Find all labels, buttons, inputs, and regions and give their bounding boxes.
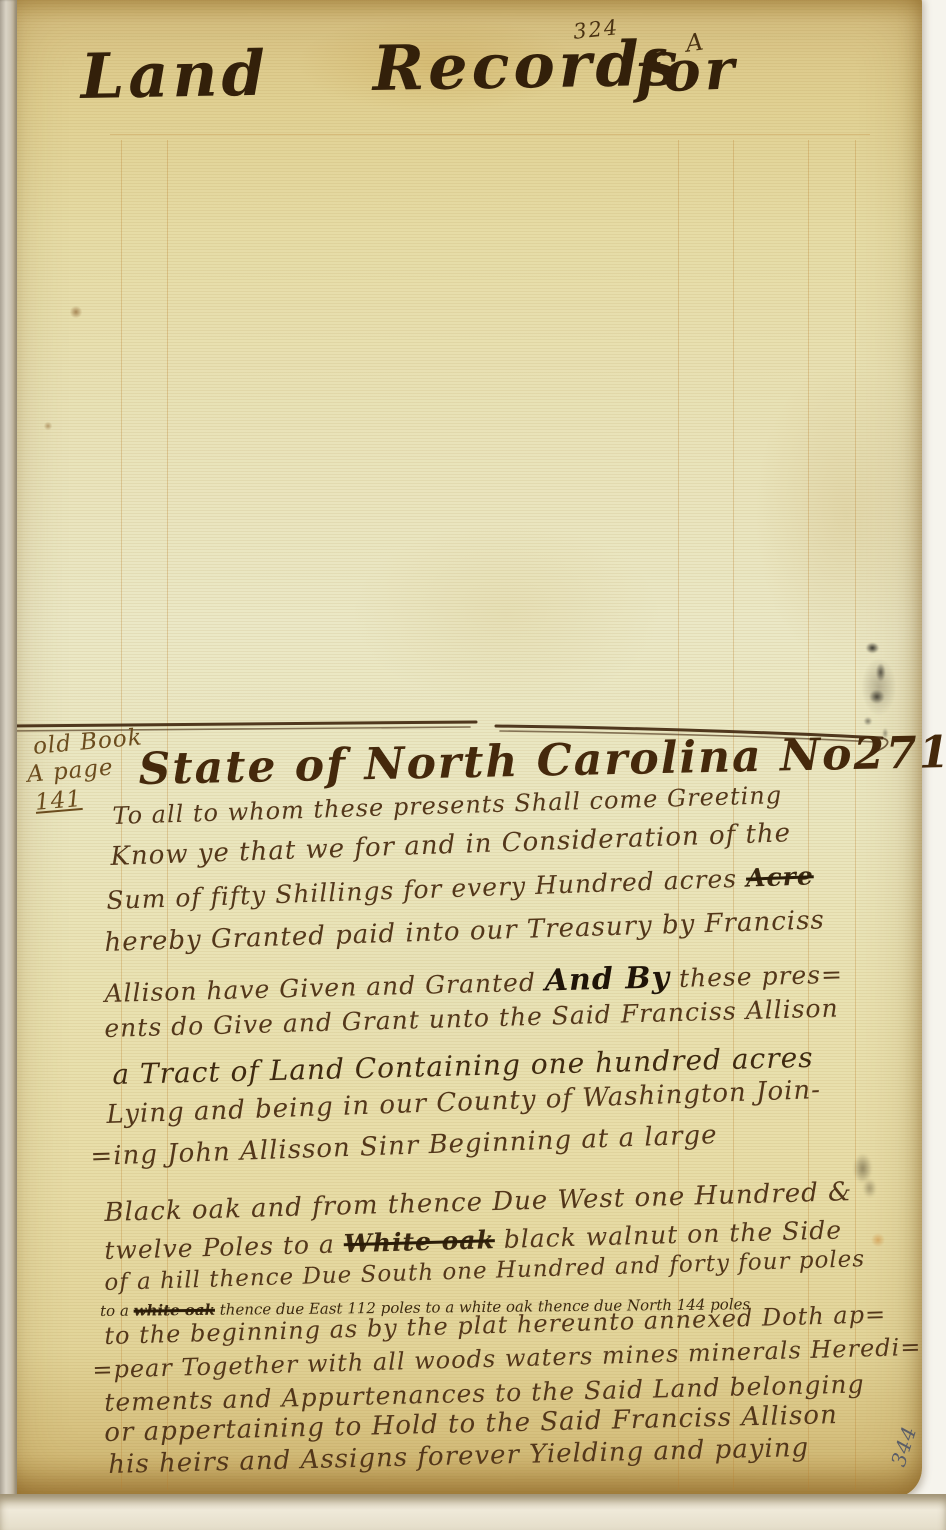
book-binding-edge [0, 0, 17, 1506]
line-text: to a [100, 1302, 134, 1320]
struck-text: Acre [746, 861, 815, 892]
ledger-column-rule [808, 140, 809, 1490]
ledger-column-rule [733, 140, 734, 1490]
line-text: these pres= [670, 960, 844, 994]
ledger-column-rule [678, 140, 679, 1490]
ledger-top-rule [110, 134, 870, 135]
struck-text: White oak [343, 1225, 495, 1258]
header-word-land: Land [80, 37, 269, 113]
overwritten-text: And By [544, 960, 670, 998]
under-page-edge [0, 1494, 946, 1530]
page-number-top: 324 [572, 15, 620, 44]
scanned-ledger-page: Land Records for A 324 old Book A page 1… [0, 0, 946, 1530]
struck-text: white oak [134, 1301, 216, 1320]
margin-note-page-number: 141 [34, 786, 83, 816]
ledger-column-rule [855, 140, 856, 1490]
header-book-letter: A [684, 27, 706, 57]
